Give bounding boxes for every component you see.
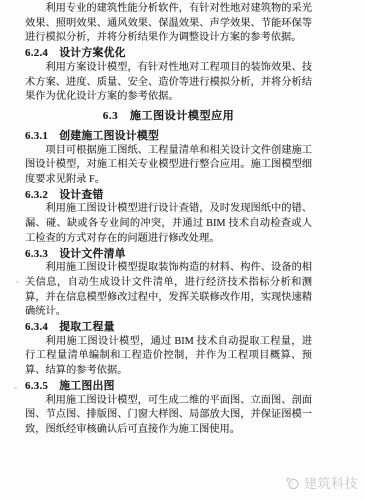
chapter-heading-6-3: 6.3 施工图设计模型应用 bbox=[25, 109, 312, 124]
watermark-label: 建筑科技 bbox=[304, 477, 358, 491]
paragraph: 利用施工图设计模型提取装饰构造的材料、构件、设备的相关信息，自动生成设计文件清单… bbox=[25, 261, 312, 320]
scanned-document-page: { "doc": { "blocks": [ { "type": "paragr… bbox=[0, 0, 365, 500]
brand-logo-icon bbox=[285, 476, 301, 491]
paragraph: 利用施工图设计模型，通过 BIM 技术自动提取工程量，进行工程量清单编制和工程造… bbox=[25, 335, 312, 379]
paragraph: 利用专业的建筑性能分析软件，有针对性地对建筑物的采光效果、照明效果、通风效果、保… bbox=[25, 2, 312, 46]
section-heading-6-3-1: 6.3.1 创建施工图设计模型 bbox=[25, 129, 312, 144]
section-heading-6-3-3: 6.3.3 设计文件清单 bbox=[25, 247, 312, 262]
paragraph: 利用方案设计模型，有针对性地对工程项目的装饰效果、技术方案、进度、质量、安全、造… bbox=[25, 61, 312, 105]
section-heading-6-3-2: 6.3.2 设计查错 bbox=[25, 188, 312, 203]
watermark: 建筑科技 bbox=[285, 476, 358, 491]
paragraph: 利用施工图设计模型进行设计查错，及时发现图纸中的错、漏、碰、缺或各专业间的冲突，… bbox=[25, 202, 312, 246]
scan-speck bbox=[14, 387, 17, 389]
document-text-block: 利用专业的建筑性能分析软件，有针对性地对建筑物的采光效果、照明效果、通风效果、保… bbox=[25, 2, 312, 438]
section-heading-6-3-4: 6.3.4 提取工程量 bbox=[25, 320, 312, 335]
scan-speck bbox=[16, 281, 19, 283]
section-heading-6-2-4: 6.2.4 设计方案优化 bbox=[25, 46, 312, 61]
paragraph: 项目可根据施工图纸、工程量清单和相关设计文件创建施工图设计模型，对施工相关专业模… bbox=[25, 144, 312, 188]
paragraph: 利用施工图设计模型，可生成二维的平面图、立面图、剖面图、节点图、排版图、门窗大样… bbox=[25, 394, 312, 438]
section-heading-6-3-5: 6.3.5 施工图出图 bbox=[25, 379, 312, 394]
